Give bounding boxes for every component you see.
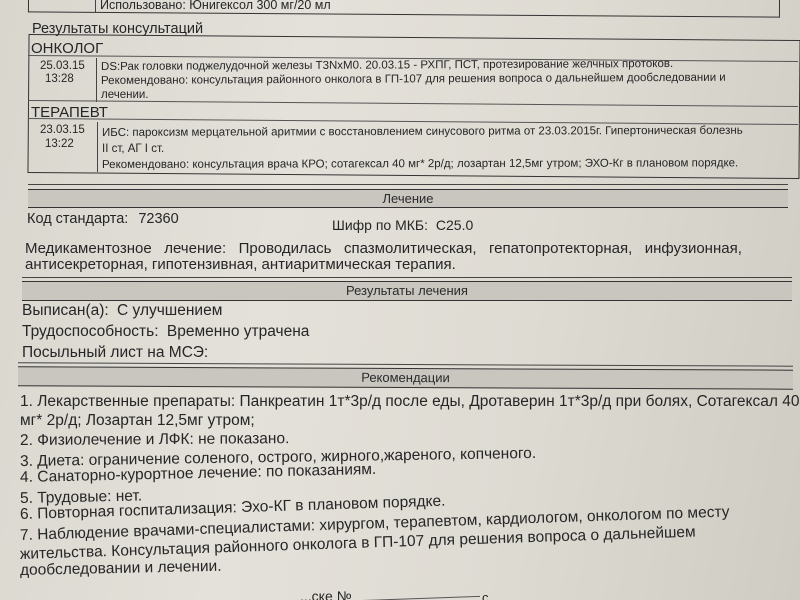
treatment-header-label: Лечение (382, 191, 433, 206)
workability-label: Трудоспособность: (22, 323, 159, 340)
mse-label: Посыльный лист на МСЭ: (22, 344, 208, 361)
therapist-note-line: II ст, АГ I ст. (102, 143, 164, 155)
drug-therapy-line: антисекреторная, гипотензивная, антиарит… (25, 256, 456, 273)
treatment-section-header: Лечение (28, 189, 788, 208)
standard-code: Код стандарта: 72360 (27, 211, 179, 227)
oncologist-time: 13:28 (45, 73, 74, 85)
standard-code-label: Код стандарта: (27, 211, 128, 227)
therapist-note-line: ИБС: пароксизм мерцательной аритмии с во… (102, 125, 743, 139)
discharged-status: Выписан(а): С улучшением (22, 302, 222, 320)
recommendation-line: 1. Лекарственные препараты: Панкреатин 1… (20, 392, 799, 411)
discharged-value: С улучшением (117, 302, 222, 319)
workability-value: Временно утрачена (167, 323, 310, 340)
drug-therapy-line: Медикаментозное лечение: Проводилась спа… (25, 240, 742, 257)
recommendation-line: 2. Физиолечение и ЛФК: не показано. (20, 429, 290, 450)
therapist-time: 13:22 (45, 138, 74, 150)
results-header-label: Результаты лечения (346, 283, 468, 298)
icd-code: Шифр по МКБ: C25.0 (332, 217, 473, 233)
recommendation-line: дообследовании и лечении. (20, 557, 222, 580)
recommendations-header-label: Рекомендации (361, 370, 450, 385)
icd-value: C25.0 (436, 217, 473, 233)
recommendation-line: мг* 2р/д; Лозартан 12,5мг утром; (20, 411, 255, 430)
divider (95, 0, 96, 13)
divider (28, 184, 788, 185)
bottom-partial-text: ...ске № (300, 588, 352, 600)
used-contrast-text: Использовано: Юнигексол 300 мг/20 мл (100, 0, 331, 12)
therapist-note-line: Рекомендовано: консультация врача КРО; с… (102, 157, 738, 171)
workability-status: Трудоспособность: Временно утрачена (22, 323, 309, 341)
divider (22, 277, 792, 278)
divider (97, 122, 98, 172)
mse-referral: Посыльный лист на МСЭ: (22, 344, 208, 362)
discharge-summary-page: Использовано: Юнигексол 300 мг/20 мл Рез… (0, 0, 800, 600)
bottom-partial-text-right: с (482, 590, 489, 600)
therapist-date: 23.03.15 (40, 124, 85, 136)
recommendations-section-header: Рекомендации (18, 366, 793, 389)
icd-label: Шифр по МКБ: (332, 217, 428, 233)
results-section-header: Результаты лечения (22, 281, 792, 301)
discharged-label: Выписан(а): (22, 302, 109, 319)
divider (96, 58, 97, 102)
oncologist-date: 25.03.15 (40, 60, 85, 72)
standard-code-value: 72360 (138, 211, 178, 227)
divider (360, 596, 480, 600)
oncologist-note-line: лечении. (101, 89, 149, 101)
